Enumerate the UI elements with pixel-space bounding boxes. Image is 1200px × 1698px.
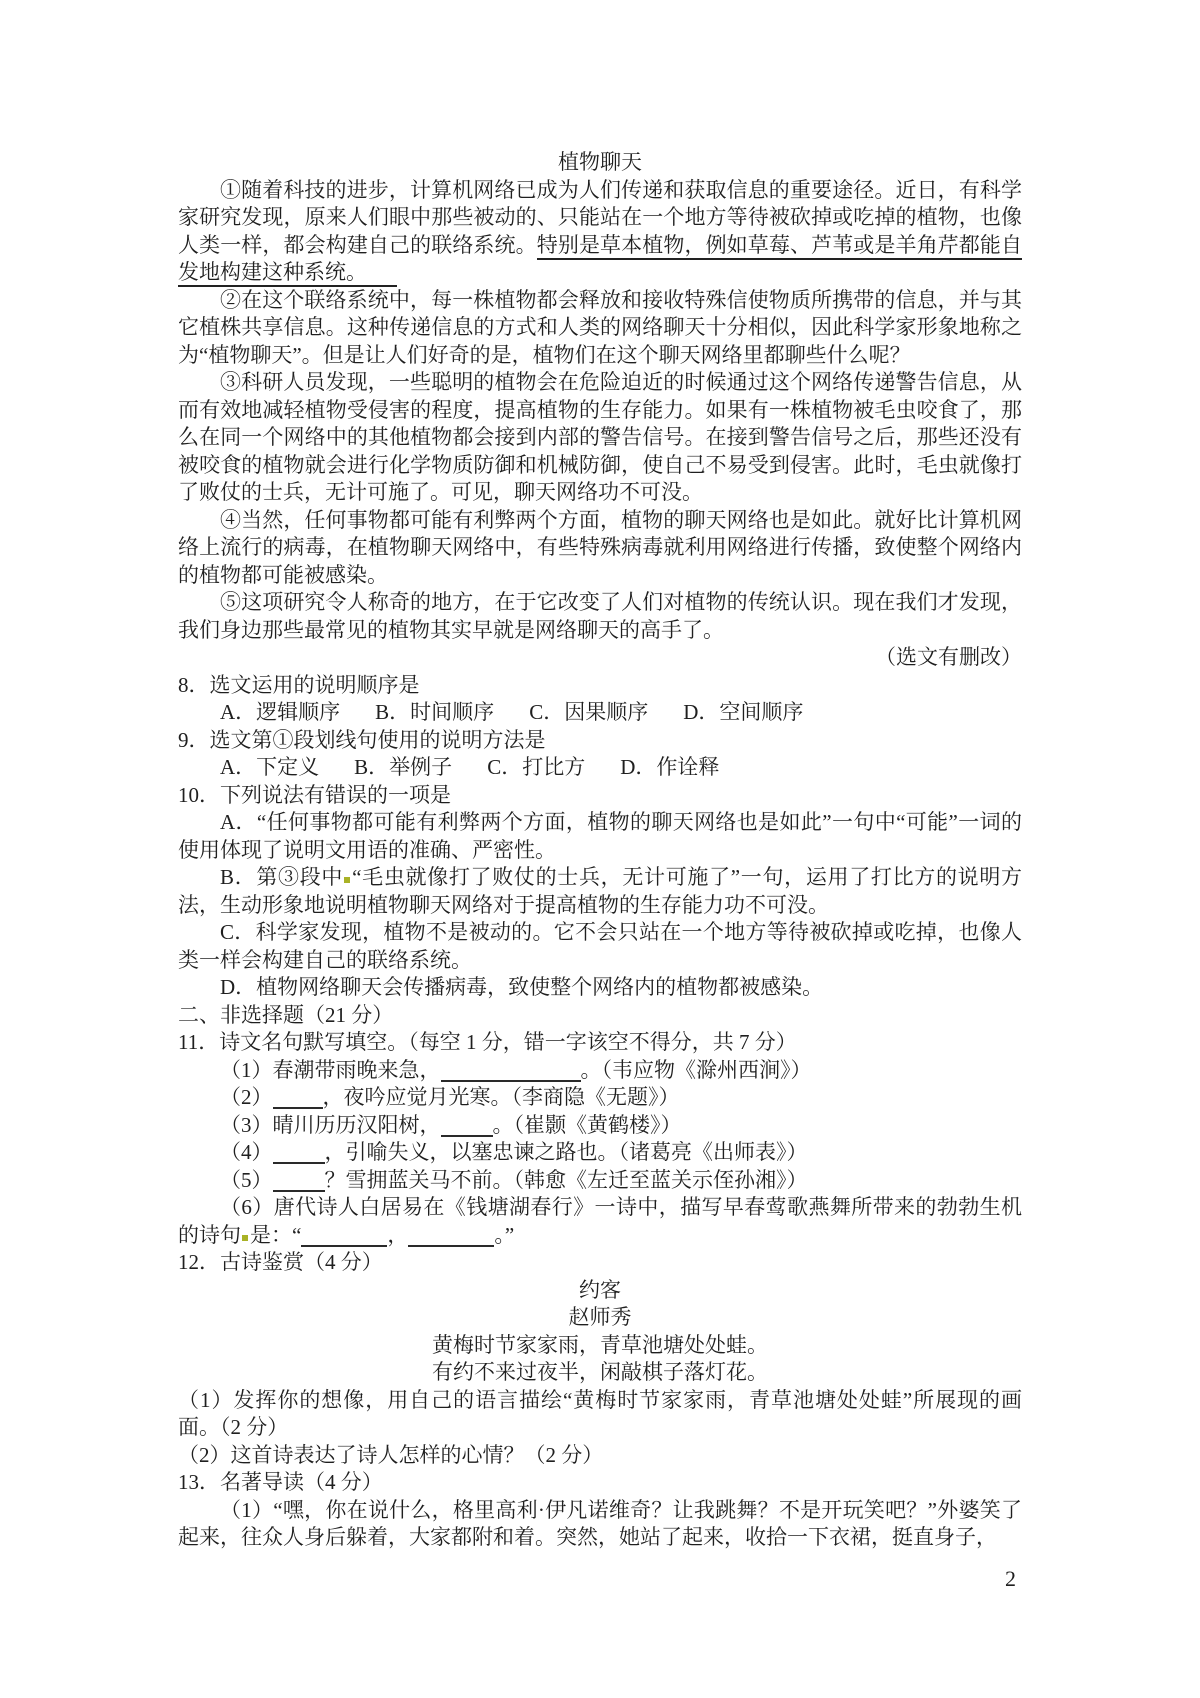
article-paragraph-3: ③科研人员发现，一些聪明的植物会在危险迫近的时候通过这个网络传递警告信息，从而有… [178, 369, 1022, 507]
exam-page: 植物聊天 ①随着科技的进步，计算机网络已成为人们传递和获取信息的重要途径。近日，… [0, 0, 1200, 1698]
section-2-heading: 二、非选择题（21 分） [178, 1002, 1022, 1030]
question-8-stem: 8．选文运用的说明顺序是 [178, 672, 1022, 700]
article-paragraph-4: ④当然，任何事物都可能有利弊两个方面，植物的聊天网络也是如此。就好比计算机网络上… [178, 507, 1022, 590]
answer-blank [441, 1123, 493, 1137]
question-11-item-4: （4），引喻失义，以塞忠谏之路也。（诸葛亮《出师表》） [178, 1139, 1022, 1167]
question-11-item-6: （6）唐代诗人白居易在《钱塘湖春行》一诗中，描写早春莺歌燕舞所带来的勃勃生机的诗… [178, 1194, 1022, 1249]
page-content: 植物聊天 ①随着科技的进步，计算机网络已成为人们传递和获取信息的重要途径。近日，… [178, 149, 1022, 1552]
question-11-item-1: （1）春潮带雨晚来急，。（韦应物《滁州西涧》） [178, 1057, 1022, 1085]
question-10-option-a: A．“任何事物都可能有利弊两个方面，植物的聊天网络也是如此”一句中“可能”一词的… [178, 809, 1022, 864]
question-12-stem: 12．古诗鉴赏（4 分） [178, 1249, 1022, 1277]
question-9-options: A．下定义B．举例子C．打比方D．作诠释 [178, 754, 1022, 782]
article-paragraph-2: ②在这个联络系统中，每一株植物都会释放和接收特殊信使物质所携带的信息，并与其它植… [178, 287, 1022, 370]
question-13-stem: 13．名著导读（4 分） [178, 1469, 1022, 1497]
question-9-stem: 9．选文第①段划线句使用的说明方法是 [178, 727, 1022, 755]
question-10-option-b: B．第③段中“毛虫就像打了败仗的士兵，无计可施了”一句，运用了打比方的说明方法，… [178, 864, 1022, 919]
question-11-item-3: （3）晴川历历汉阳树，。（崔颢《黄鹤楼》） [178, 1112, 1022, 1140]
question-10-stem: 10．下列说法有错误的一项是 [178, 782, 1022, 810]
answer-blank [301, 1233, 387, 1247]
scan-artifact-mark [242, 1235, 248, 1241]
poem-line-1: 黄梅时节家家雨，青草池塘处处蛙。 [178, 1332, 1022, 1360]
answer-blank [273, 1095, 323, 1109]
question-11-item-5: （5）？雪拥蓝关马不前。（韩愈《左迁至蓝关示侄孙湘》） [178, 1167, 1022, 1195]
question-10-option-c: C．科学家发现，植物不是被动的。它不会只站在一个地方等待被砍掉或吃掉，也像人类一… [178, 919, 1022, 974]
source-note: （选文有删改） [178, 644, 1022, 672]
choice-option: A．逻辑顺序 [220, 700, 340, 724]
question-11-stem: 11．诗文名句默写填空。（每空 1 分，错一字该空不得分，共 7 分） [178, 1029, 1022, 1057]
article-paragraph-1: ①随着科技的进步，计算机网络已成为人们传递和获取信息的重要途径。近日，有科学家研… [178, 177, 1022, 287]
question-13-passage: （1）“嘿，你在说什么，格里高利·伊凡诺维奇？让我跳舞？不是开玩笑吧？”外婆笑了… [178, 1497, 1022, 1552]
poem-author: 赵师秀 [178, 1304, 1022, 1332]
question-10-option-d: D．植物网络聊天会传播病毒，致使整个网络内的植物都被感染。 [178, 974, 1022, 1002]
page-number: 2 [1005, 1566, 1016, 1592]
answer-blank [273, 1178, 325, 1192]
question-12-sub-2: （2）这首诗表达了诗人怎样的心情？（2 分） [178, 1442, 1022, 1470]
article-title: 植物聊天 [178, 149, 1022, 177]
answer-blank [441, 1068, 581, 1082]
choice-option: D．空间顺序 [683, 700, 803, 724]
choice-option: D．作诠释 [620, 755, 719, 779]
choice-option: B．时间顺序 [375, 700, 494, 724]
choice-option: B．举例子 [354, 755, 452, 779]
question-12-sub-1: （1）发挥你的想像，用自己的语言描绘“黄梅时节家家雨，青草池塘处处蛙”所展现的画… [178, 1387, 1022, 1442]
article-paragraph-5: ⑤这项研究令人称奇的地方，在于它改变了人们对植物的传统认识。现在我们才发现，我们… [178, 589, 1022, 644]
question-11-item-2: （2），夜吟应觉月光寒。（李商隐《无题》） [178, 1084, 1022, 1112]
scan-artifact-mark [344, 877, 350, 883]
poem-line-2: 有约不来过夜半，闲敲棋子落灯花。 [178, 1359, 1022, 1387]
answer-blank [408, 1233, 494, 1247]
choice-option: C．打比方 [487, 755, 585, 779]
answer-blank [273, 1150, 325, 1164]
choice-option: A．下定义 [220, 755, 319, 779]
poem-title: 约客 [178, 1277, 1022, 1305]
question-8-options: A．逻辑顺序B．时间顺序C．因果顺序D．空间顺序 [178, 699, 1022, 727]
choice-option: C．因果顺序 [529, 700, 648, 724]
